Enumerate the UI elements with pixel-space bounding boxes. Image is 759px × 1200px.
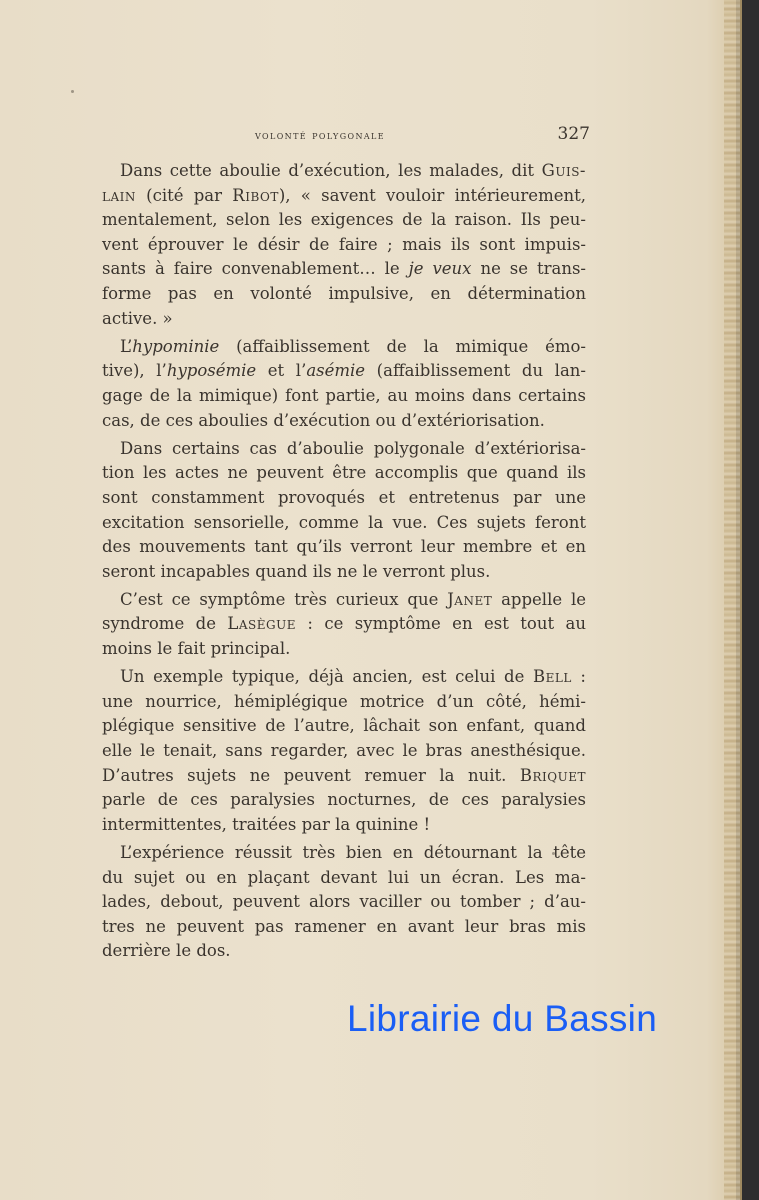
text-span: et l’ [256,361,306,380]
text-span: tive), l’ [102,361,167,380]
page-edge [724,0,742,1200]
text-line: D’autres sujets ne peuvent remuer la nui… [102,764,586,789]
text-line: mentalement, selon les exigences de la r… [102,208,586,233]
text-span: syndrome de [102,614,227,633]
italic-term: je veux [409,259,472,278]
text-span: : [572,667,586,686]
text-line: L’expérience réussit très bien en détour… [102,841,586,866]
watermark: Librairie du Bassin [347,998,657,1040]
text-line: une nourrice, hémiplégique motrice d’un … [102,690,586,715]
italic-term: asémie [306,361,365,380]
text-line: sants à faire convenablement… le je veux… [102,257,586,282]
author-name: Bell [533,667,572,686]
text-line: gage de la mimique) font partie, au moin… [102,384,586,409]
book-page: VOLONTÉ POLYGONALE 327 Dans cette abouli… [0,0,736,1200]
text-line: derrière le dos. [102,939,586,964]
author-name: Janet [447,590,492,609]
author-name: Guis- [542,161,586,180]
paper-speck [71,90,74,93]
text-span: D’autres sujets ne peuvent remuer la nui… [102,766,520,785]
text-span: L’ [120,337,132,356]
text-span: ne se trans- [472,259,587,278]
text-span: : ce symptôme en est tout au [296,614,586,633]
text-line: vent éprouver le désir de faire ; mais i… [102,233,586,258]
text-line: cas, de ces aboulies d’exécution ou d’ex… [102,409,586,434]
paragraph-2: L’hypominie (affaiblissement de la mimiq… [102,335,586,433]
paragraph-1: Dans cette aboulie d’exécution, les mala… [102,159,586,331]
author-name: Ribot [232,186,279,205]
text-line: du sujet ou en plaçant devant lui un écr… [102,866,586,891]
italic-term: hyposémie [167,361,256,380]
text-span: sants à faire convenablement… le [102,259,409,278]
paragraph-5: Un exemple typique, déjà ancien, est cel… [102,665,586,837]
author-name: Lasègue [227,614,296,633]
text-line: lain (cité par Ribot), « savent vouloir … [102,184,586,209]
paragraph-6: L’expérience réussit très bien en détour… [102,841,586,964]
text-line: intermittentes, traitées par la quinine … [102,813,586,838]
text-line: moins le fait principal. [102,637,586,662]
text-span: (cité par [136,186,232,205]
running-head: VOLONTÉ POLYGONALE 327 [100,124,590,148]
text-span: ), « savent vouloir intérieurement, [279,186,586,205]
paragraph-3: Dans certains cas d’aboulie polygonale d… [102,437,586,585]
running-title: VOLONTÉ POLYGONALE [255,128,385,142]
text-line: Un exemple typique, déjà ancien, est cel… [102,665,586,690]
paragraph-4: C’est ce symptôme très curieux que Janet… [102,588,586,662]
text-span: (affaiblissement de la mimique émo- [219,337,586,356]
text-line: tive), l’hyposémie et l’asémie (affaibli… [102,359,586,384]
text-line: des mouvements tant qu’ils verront leur … [102,535,586,560]
text-line: elle le tenait, sans regarder, avec le b… [102,739,586,764]
text-line: forme pas en volonté impulsive, en déter… [102,282,586,307]
text-line: syndrome de Lasègue : ce symptôme en est… [102,612,586,637]
text-line: active. » [102,307,586,332]
text-line: Dans cette aboulie d’exécution, les mala… [102,159,586,184]
text-line: tres ne peuvent pas ramener en avant leu… [102,915,586,940]
text-line: Dans certains cas d’aboulie polygonale d… [102,437,586,462]
text-line: C’est ce symptôme très curieux que Janet… [102,588,586,613]
text-line: parle de ces paralysies nocturnes, de ce… [102,788,586,813]
text-span: (affaiblissement du lan- [365,361,586,380]
text-span: C’est ce symptôme très curieux que [120,590,447,609]
text-line: lades, debout, peuvent alors vaciller ou… [102,890,586,915]
text-line: sont constamment provoqués et entretenus… [102,486,586,511]
author-name: lain [102,186,136,205]
text-span: Dans cette aboulie d’exécution, les mala… [120,161,542,180]
italic-term: hypominie [132,337,219,356]
text-span: appelle le [492,590,586,609]
author-name: Briquet [520,766,586,785]
paper-speck [552,852,555,855]
text-line: tion les actes ne peuvent être accomplis… [102,461,586,486]
body-text: Dans cette aboulie d’exécution, les mala… [102,159,586,968]
text-line: excitation sensorielle, comme la vue. Ce… [102,511,586,536]
text-line: plégique sensitive de l’autre, lâchait s… [102,714,586,739]
text-line: L’hypominie (affaiblissement de la mimiq… [102,335,586,360]
text-line: seront incapables quand ils ne le verron… [102,560,586,585]
text-span: Un exemple typique, déjà ancien, est cel… [120,667,533,686]
page-number: 327 [558,124,590,144]
